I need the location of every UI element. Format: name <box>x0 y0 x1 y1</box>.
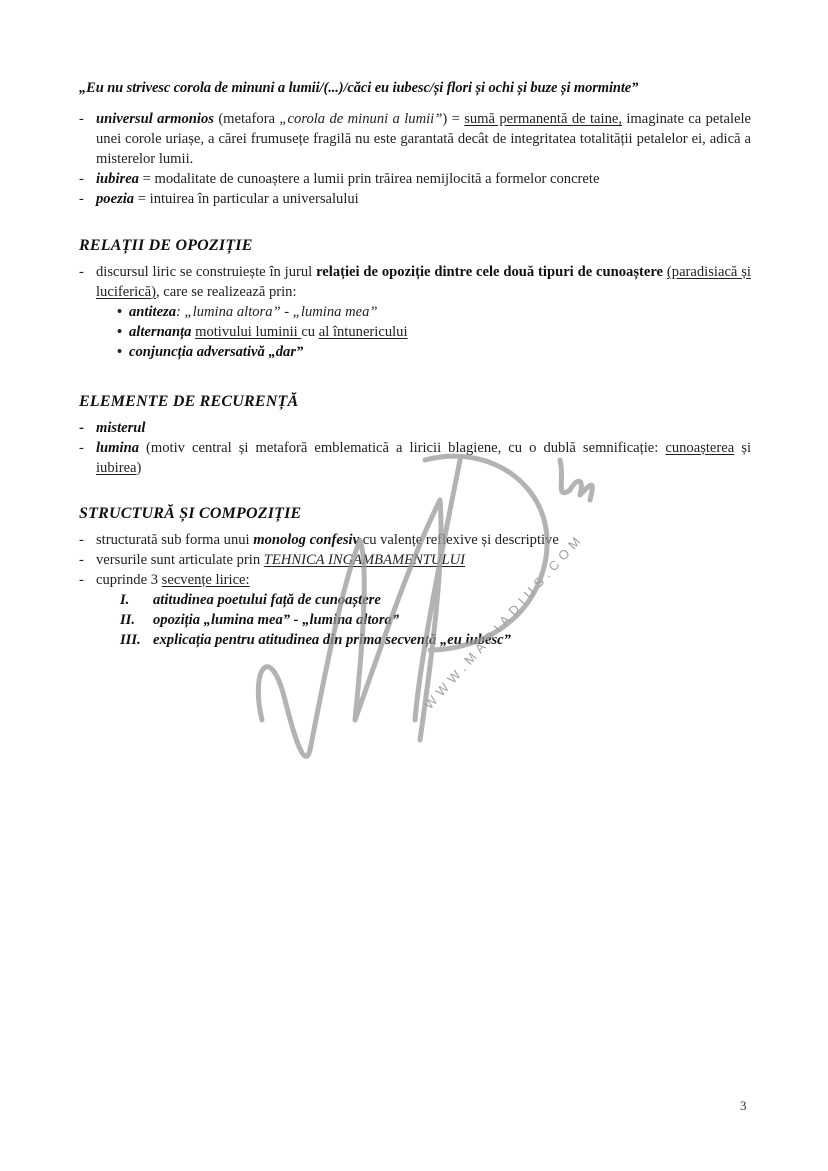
term-misterul: misterul <box>96 420 145 436</box>
bullet-dot-icon: • <box>117 342 122 362</box>
document-page: „Eu nu strivesc corola de minuni a lumii… <box>0 0 828 1171</box>
list-item: - iubirea = modalitate de cunoaștere a l… <box>79 169 751 189</box>
underlined-italic-text: TEHNICA INGAMBAMENTULUI <box>264 552 465 568</box>
text: cu valențe reflexive și descriptive <box>359 532 559 548</box>
term-lumina: lumina <box>96 440 139 456</box>
term-iubirea: iubirea <box>96 171 139 187</box>
section-heading: ELEMENTE DE RECURENȚĂ <box>79 392 751 412</box>
sequence-item: III. explicația pentru atitudinea din pr… <box>79 630 751 650</box>
list-item: - cuprinde 3 secvențe lirice: <box>79 570 751 590</box>
term: conjuncția adversativă <box>129 344 265 360</box>
section-structura-si-compozitie: STRUCTURĂ ȘI COMPOZIȚIE - structurată su… <box>79 504 751 650</box>
intro-list: - universul armonios (metafora „corola d… <box>79 109 751 209</box>
dash-bullet: - <box>79 418 84 438</box>
list-item: - lumina (motiv central și metaforă embl… <box>79 438 751 478</box>
dash-bullet: - <box>79 169 84 189</box>
text: și <box>737 264 751 280</box>
underlined-text: sumă permanentă de taine, <box>464 111 622 127</box>
text: și <box>734 440 751 456</box>
text: = intuirea în particular a universalului <box>134 191 359 207</box>
dash-bullet: - <box>79 570 84 590</box>
term-monolog-confesiv: monolog confesiv <box>253 532 359 548</box>
text: ) <box>137 460 142 476</box>
sequence-item: I. atitudinea poetului față de cunoașter… <box>79 590 751 610</box>
section-elemente-de-recurenta: ELEMENTE DE RECURENȚĂ - misterul - lumin… <box>79 392 751 478</box>
sequence-text: opoziția „lumina mea” - „lumina altora” <box>153 612 399 628</box>
text: (motiv central și metaforă emblematică a… <box>139 440 665 456</box>
underlined-text: luciferică <box>96 284 151 300</box>
sub-list-item: • antiteza: „lumina altora” - „lumina me… <box>79 302 751 322</box>
sequence-text: explicația pentru atitudinea din prima s… <box>153 632 511 648</box>
roman-numeral: III. <box>120 630 141 650</box>
quote: „corola de minuni a lumii” <box>279 111 442 127</box>
dash-bullet: - <box>79 262 84 282</box>
page-number: 3 <box>740 1098 747 1114</box>
list-item: - poezia = intuirea în particular a univ… <box>79 189 751 209</box>
bold-text: relației de opoziție dintre cele două ti… <box>316 264 663 280</box>
underlined-text: secvențe lirice: <box>162 572 250 588</box>
text: discursul liric se construiește în jurul <box>96 264 316 280</box>
dash-bullet: - <box>79 530 84 550</box>
text: cu <box>301 324 318 340</box>
term-universul-armonios: universul armonios <box>96 111 214 127</box>
list-item: - discursul liric se construiește în jur… <box>79 262 751 302</box>
roman-numeral: I. <box>120 590 129 610</box>
underlined-text: al întunericului <box>319 324 408 340</box>
list-item: - misterul <box>79 418 751 438</box>
epigraph-quote: „Eu nu strivesc corola de minuni a lumii… <box>79 80 759 97</box>
term: alternanța <box>129 324 191 340</box>
underlined-text: paradisiacă <box>672 264 738 280</box>
term: antiteza <box>129 304 176 320</box>
dash-bullet: - <box>79 550 84 570</box>
list-item: - structurată sub forma unui monolog con… <box>79 530 751 550</box>
text: = modalitate de cunoaștere a lumii prin … <box>139 171 599 187</box>
sub-list-item: • alternanța motivului luminii cu al înt… <box>79 322 751 342</box>
section-relatii-de-opozitie: RELAȚII DE OPOZIȚIE - discursul liric se… <box>79 236 751 362</box>
section-heading: STRUCTURĂ ȘI COMPOZIȚIE <box>79 504 751 524</box>
text: (metafora <box>214 111 279 127</box>
list-item: - universul armonios (metafora „corola d… <box>79 109 751 169</box>
dash-bullet: - <box>79 189 84 209</box>
text: „dar” <box>265 344 304 360</box>
text: cuprinde 3 <box>96 572 162 588</box>
sequence-item: II. opoziția „lumina mea” - „lumina alto… <box>79 610 751 630</box>
bullet-dot-icon: • <box>117 302 122 322</box>
bullet-dot-icon: • <box>117 322 122 342</box>
text: : „lumina altora” - „lumina mea” <box>176 304 378 320</box>
underlined-text: cunoașterea <box>665 440 734 456</box>
underlined-text: iubirea <box>96 460 137 476</box>
list-item: - versurile sunt articulate prin TEHNICA… <box>79 550 751 570</box>
text: structurată sub forma unui <box>96 532 253 548</box>
text: ) = <box>442 111 464 127</box>
dash-bullet: - <box>79 109 84 129</box>
roman-numeral: II. <box>120 610 135 630</box>
term-poezia: poezia <box>96 191 134 207</box>
underlined-text: motivului luminii <box>195 324 301 340</box>
text: versurile sunt articulate prin <box>96 552 264 568</box>
dash-bullet: - <box>79 438 84 458</box>
text: , care se realizează prin: <box>156 284 297 300</box>
section-heading: RELAȚII DE OPOZIȚIE <box>79 236 751 256</box>
sequence-text: atitudinea poetului față de cunoaștere <box>153 592 381 608</box>
sub-list-item: • conjuncția adversativă „dar” <box>79 342 751 362</box>
